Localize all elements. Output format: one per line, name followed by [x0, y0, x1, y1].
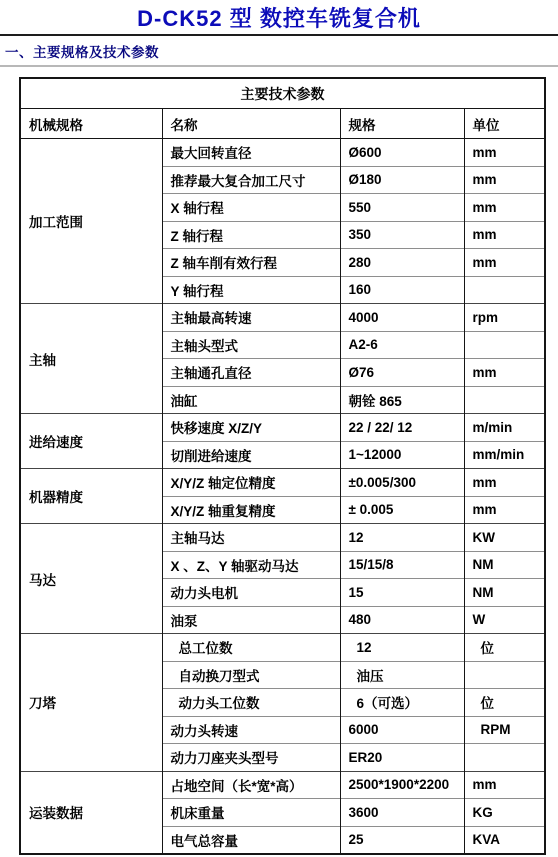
name-cell: 自动换刀型式: [162, 661, 340, 689]
spec-cell: 12: [340, 524, 464, 552]
table-caption-row: 主要技术参数: [20, 78, 545, 109]
unit-cell: [464, 386, 545, 414]
name-cell: Z 轴行程: [162, 221, 340, 249]
category-cell: 进给速度: [20, 414, 162, 469]
name-cell: 最大回转直径: [162, 139, 340, 167]
table-caption: 主要技术参数: [20, 78, 545, 109]
unit-cell: NM: [464, 551, 545, 579]
spec-cell: 160: [340, 276, 464, 304]
name-cell: 主轴头型式: [162, 331, 340, 359]
category-cell: 马达: [20, 524, 162, 634]
name-cell: 动力头工位数: [162, 689, 340, 717]
unit-cell: m/min: [464, 414, 545, 442]
unit-cell: [464, 276, 545, 304]
table-row: 加工范围最大回转直径Ø600mm: [20, 139, 545, 167]
table-row: 机器精度X/Y/Z 轴定位精度±0.005/300mm: [20, 469, 545, 497]
name-cell: X 轴行程: [162, 194, 340, 222]
spec-cell: 6000: [340, 716, 464, 744]
name-cell: X/Y/Z 轴定位精度: [162, 469, 340, 497]
spec-cell: 350: [340, 221, 464, 249]
name-cell: 油缸: [162, 386, 340, 414]
unit-cell: NM: [464, 579, 545, 607]
category-cell: 运装数据: [20, 771, 162, 854]
name-cell: 推荐最大复合加工尺寸: [162, 166, 340, 194]
category-cell: 刀塔: [20, 634, 162, 772]
unit-cell: [464, 661, 545, 689]
spec-cell: A2-6: [340, 331, 464, 359]
category-cell: 主轴: [20, 304, 162, 414]
spec-cell: 12: [340, 634, 464, 662]
table-row: 进给速度快移速度 X/Z/Y22 / 22/ 12m/min: [20, 414, 545, 442]
spec-cell: 550: [340, 194, 464, 222]
unit-cell: mm: [464, 249, 545, 277]
spec-table-body: 主要技术参数 机械规格 名称 规格 单位 加工范围最大回转直径Ø600mm推荐最…: [20, 78, 545, 854]
spec-cell: 3600: [340, 799, 464, 827]
unit-cell: mm/min: [464, 441, 545, 469]
spec-cell: 2500*1900*2200: [340, 771, 464, 799]
unit-cell: mm: [464, 139, 545, 167]
spec-cell: 15: [340, 579, 464, 607]
name-cell: 电气总容量: [162, 826, 340, 854]
table-row: 主轴主轴最高转速4000rpm: [20, 304, 545, 332]
name-cell: 动力头转速: [162, 716, 340, 744]
name-cell: Z 轴车削有效行程: [162, 249, 340, 277]
name-cell: 主轴马达: [162, 524, 340, 552]
column-header-spec: 规格: [340, 109, 464, 139]
spec-cell: 280: [340, 249, 464, 277]
spec-cell: 25: [340, 826, 464, 854]
spec-cell: Ø600: [340, 139, 464, 167]
section-divider: [0, 65, 558, 67]
spec-cell: 6（可选）: [340, 689, 464, 717]
title-underline: [0, 34, 558, 36]
name-cell: 总工位数: [162, 634, 340, 662]
unit-cell: [464, 331, 545, 359]
name-cell: 油泵: [162, 606, 340, 634]
spec-cell: ± 0.005: [340, 496, 464, 524]
spec-cell: 22 / 22/ 12: [340, 414, 464, 442]
name-cell: 主轴通孔直径: [162, 359, 340, 387]
unit-cell: rpm: [464, 304, 545, 332]
unit-cell: 位: [464, 634, 545, 662]
unit-cell: KVA: [464, 826, 545, 854]
unit-cell: 位: [464, 689, 545, 717]
spec-cell: 4000: [340, 304, 464, 332]
unit-cell: [464, 744, 545, 772]
unit-cell: W: [464, 606, 545, 634]
category-cell: 机器精度: [20, 469, 162, 524]
category-cell: 加工范围: [20, 139, 162, 304]
spec-cell: Ø76: [340, 359, 464, 387]
name-cell: X 、Z、Y 轴驱动马达: [162, 551, 340, 579]
name-cell: Y 轴行程: [162, 276, 340, 304]
section-heading: 一、主要规格及技术参数: [5, 45, 558, 60]
column-header-name: 名称: [162, 109, 340, 139]
unit-cell: KW: [464, 524, 545, 552]
unit-cell: mm: [464, 221, 545, 249]
spec-cell: 1~12000: [340, 441, 464, 469]
name-cell: 占地空间（长*宽*高）: [162, 771, 340, 799]
name-cell: 切削进给速度: [162, 441, 340, 469]
unit-cell: mm: [464, 359, 545, 387]
spec-cell: 480: [340, 606, 464, 634]
column-header-unit: 单位: [464, 109, 545, 139]
column-header-machine-spec: 机械规格: [20, 109, 162, 139]
name-cell: 动力头电机: [162, 579, 340, 607]
unit-cell: RPM: [464, 716, 545, 744]
name-cell: 快移速度 X/Z/Y: [162, 414, 340, 442]
unit-cell: mm: [464, 166, 545, 194]
unit-cell: mm: [464, 469, 545, 497]
table-row: 马达主轴马达12KW: [20, 524, 545, 552]
name-cell: 动力刀座夹头型号: [162, 744, 340, 772]
table-header-row: 机械规格 名称 规格 单位: [20, 109, 545, 139]
name-cell: 主轴最高转速: [162, 304, 340, 332]
table-row: 刀塔总工位数12位: [20, 634, 545, 662]
spec-cell: 油压: [340, 661, 464, 689]
table-row: 运装数据占地空间（长*宽*高）2500*1900*2200mm: [20, 771, 545, 799]
spec-cell: ±0.005/300: [340, 469, 464, 497]
spec-table: 主要技术参数 机械规格 名称 规格 单位 加工范围最大回转直径Ø600mm推荐最…: [19, 77, 546, 855]
spec-cell: 15/15/8: [340, 551, 464, 579]
page-title: D-CK52 型 数控车铣复合机: [0, 0, 558, 32]
name-cell: X/Y/Z 轴重复精度: [162, 496, 340, 524]
unit-cell: mm: [464, 771, 545, 799]
name-cell: 机床重量: [162, 799, 340, 827]
unit-cell: KG: [464, 799, 545, 827]
spec-cell: ER20: [340, 744, 464, 772]
spec-cell: Ø180: [340, 166, 464, 194]
spec-cell: 朝铨 865: [340, 386, 464, 414]
unit-cell: mm: [464, 194, 545, 222]
unit-cell: mm: [464, 496, 545, 524]
